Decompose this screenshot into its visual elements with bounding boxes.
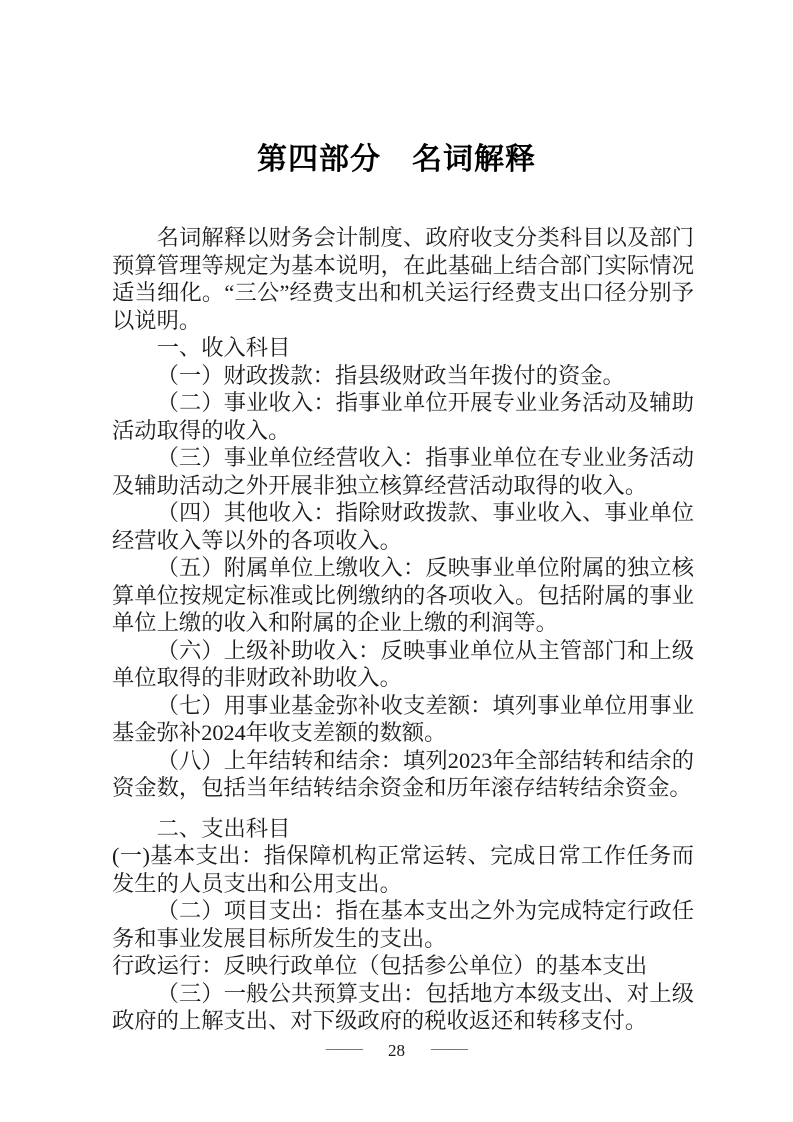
expenditure-admin-note: 行政运行：反映行政单位（包括参公单位）的基本支出 — [112, 952, 694, 980]
income-item-4: （四）其他收入：指除财政拨款、事业收入、事业单位经营收入等以外的各项收入。 — [112, 499, 694, 554]
income-item-1: （一）财政拨款：指县级财政当年拨付的资金。 — [112, 362, 694, 390]
income-item-3: （三）事业单位经营收入：指事业单位在专业业务活动及辅助活动之外开展非独立核算经营… — [112, 444, 694, 499]
footer-page-number: 28 — [388, 1041, 405, 1060]
income-item-6: （六）上级补助收入：反映事业单位从主管部门和上级单位取得的非财政补助收入。 — [112, 637, 694, 692]
income-item-5: （五）附属单位上缴收入：反映事业单位附属的独立核算单位按规定标准或比例缴纳的各项… — [112, 554, 694, 637]
income-item-8: （八）上年结转和结余：填列2023年全部结转和结余的资金数，包括当年结转结余资金… — [112, 747, 694, 802]
section-heading-income: 一、收入科目 — [112, 334, 694, 362]
document-title: 第四部分 名词解释 — [0, 0, 793, 180]
document-body: 名词解释以财务会计制度、政府收支分类科目以及部门预算管理等规定为基本说明，在此基… — [112, 224, 694, 1035]
page-footer: ——28—— — [0, 1040, 793, 1062]
expenditure-item-2: （二）项目支出：指在基本支出之外为完成特定行政任务和事业发展目标所发生的支出。 — [112, 897, 694, 952]
section-heading-expenditure: 二、支出科目 — [112, 815, 694, 843]
document-page: 第四部分 名词解释 名词解释以财务会计制度、政府收支分类科目以及部门预算管理等规… — [0, 0, 793, 1122]
footer-dash-left: —— — [326, 1038, 362, 1059]
expenditure-item-1: (一)基本支出：指保障机构正常运转、完成日常工作任务而发生的人员支出和公用支出。 — [112, 842, 694, 897]
expenditure-item-3: （三）一般公共预算支出：包括地方本级支出、对上级政府的上解支出、对下级政府的税收… — [112, 980, 694, 1035]
income-item-7: （七）用事业基金弥补收支差额：填列事业单位用事业基金弥补2024年收支差额的数额… — [112, 692, 694, 747]
footer-dash-right: —— — [431, 1038, 467, 1059]
intro-paragraph: 名词解释以财务会计制度、政府收支分类科目以及部门预算管理等规定为基本说明，在此基… — [112, 224, 694, 334]
income-item-2: （二）事业收入：指事业单位开展专业业务活动及辅助活动取得的收入。 — [112, 389, 694, 444]
